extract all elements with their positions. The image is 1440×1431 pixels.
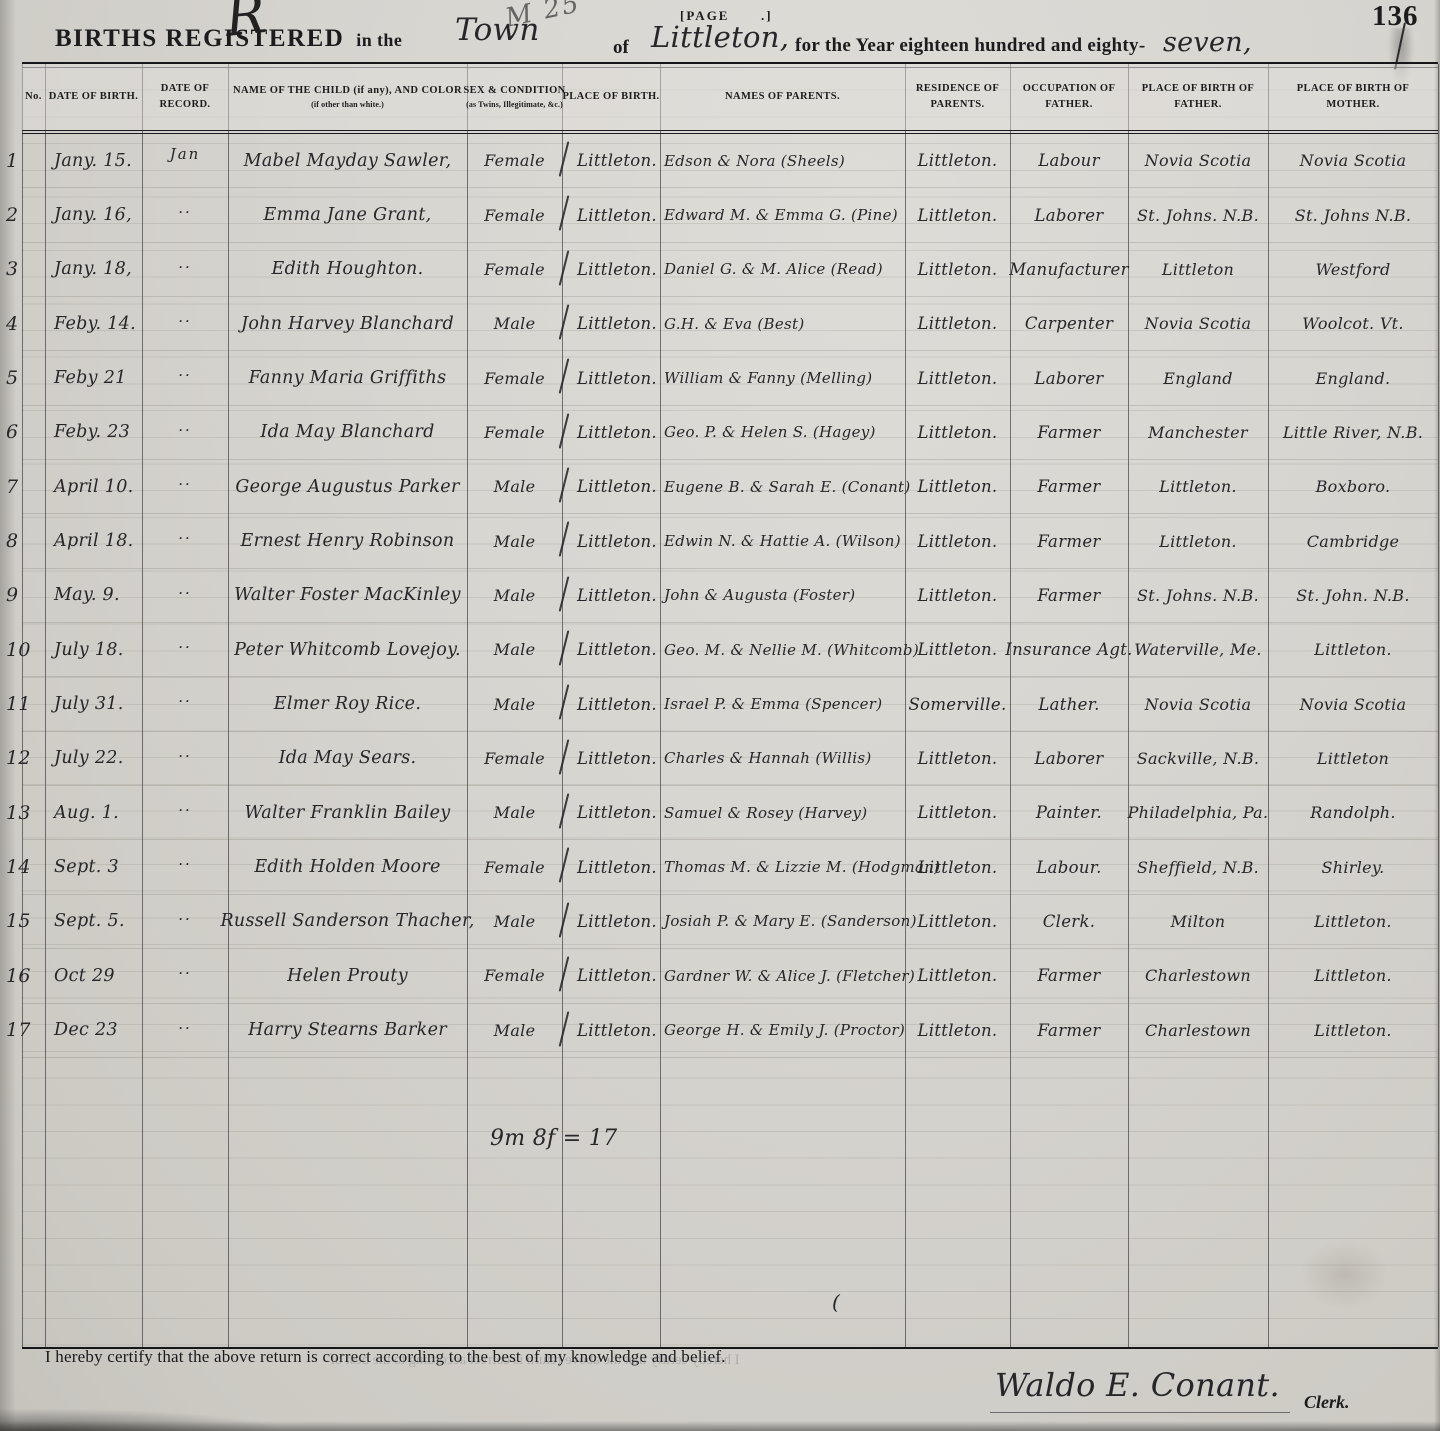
cell-sex: Male bbox=[467, 514, 562, 567]
cell-occupation: Laborer bbox=[1010, 732, 1128, 785]
cell-mother-birthplace: England. bbox=[1268, 351, 1438, 404]
cell-text: .. bbox=[178, 797, 192, 815]
cell-text: Charlestown bbox=[1145, 966, 1251, 985]
cell-no: 5 bbox=[22, 351, 45, 404]
cell-mother-birthplace: Littleton. bbox=[1268, 1004, 1438, 1057]
cell-text: Female bbox=[484, 206, 545, 225]
cell-text: .. bbox=[178, 743, 192, 761]
cell-no: 2 bbox=[22, 188, 45, 241]
cell-text: Feby 21 bbox=[54, 368, 127, 388]
table-row: 10July 18...Peter Whitcomb Lovejoy.MaleL… bbox=[22, 623, 1438, 677]
cell-sex: Female bbox=[467, 732, 562, 785]
cell-mother-birthplace: Westford bbox=[1268, 243, 1438, 296]
cell-no: 15 bbox=[22, 895, 45, 948]
cell-mother-birthplace: Randolph. bbox=[1268, 786, 1438, 839]
cell-date-of-record: .. bbox=[142, 895, 228, 948]
cell-text: Walter Franklin Bailey bbox=[245, 803, 451, 823]
cell-place-of-birth: Littleton. bbox=[562, 840, 660, 893]
cell-text: Philadelphia, Pa. bbox=[1128, 803, 1269, 822]
cell-parents: Eugene B. & Sarah E. (Conant) bbox=[660, 460, 905, 513]
cell-name: Mabel Mayday Sawler, bbox=[228, 134, 467, 187]
cell-text: July 22. bbox=[54, 748, 124, 768]
column-header-label: DATE OF bbox=[161, 81, 209, 97]
cell-text: Littleton. bbox=[918, 1021, 998, 1040]
cell-text: April 18. bbox=[54, 531, 134, 551]
cell-sex: Male bbox=[467, 895, 562, 948]
cell-place-of-birth: Littleton. bbox=[562, 732, 660, 785]
cell-name: Emma Jane Grant, bbox=[228, 188, 467, 241]
table-row: 4Feby. 14...John Harvey BlanchardMaleLit… bbox=[22, 297, 1438, 351]
cell-text: Novia Scotia bbox=[1145, 314, 1252, 333]
cell-sex: Male bbox=[467, 677, 562, 730]
cell-father-birthplace: Waterville, Me. bbox=[1128, 623, 1268, 676]
cell-no: 1 bbox=[22, 134, 45, 187]
cell-occupation: Insurance Agt. bbox=[1010, 623, 1128, 676]
cell-date-of-birth: Feby. 23 bbox=[45, 406, 142, 459]
cell-text: Littleton. bbox=[577, 369, 657, 388]
cell-sex: Male bbox=[467, 623, 562, 676]
cell-text: Female bbox=[484, 858, 545, 877]
cell-parents: G.H. & Eva (Best) bbox=[660, 297, 905, 350]
cell-sex: Male bbox=[467, 460, 562, 513]
column-header-label: (if other than white.) bbox=[311, 99, 384, 111]
cell-father-birthplace: Novia Scotia bbox=[1128, 677, 1268, 730]
column-header-label: PARENTS. bbox=[930, 97, 984, 113]
cell-text: .. bbox=[178, 688, 192, 706]
table-row: 8April 18...Ernest Henry RobinsonMaleLit… bbox=[22, 514, 1438, 568]
cell-occupation: Farmer bbox=[1010, 1004, 1128, 1057]
title-year-printed: for the Year eighteen hundred and eighty… bbox=[795, 35, 1145, 57]
column-header-label: NAMES OF PARENTS. bbox=[725, 89, 840, 105]
column-header-date-of-record: DATE OFRECORD. bbox=[142, 64, 228, 130]
cell-parents: George H. & Emily J. (Proctor) bbox=[660, 1004, 905, 1057]
column-header-date-of-birth: DATE OF BIRTH. bbox=[45, 64, 142, 130]
cell-text: Samuel & Rosey (Harvey) bbox=[664, 804, 867, 822]
cell-name: George Augustus Parker bbox=[228, 460, 467, 513]
column-header-label: RECORD. bbox=[160, 97, 211, 113]
cell-text: Littleton. bbox=[577, 803, 657, 822]
scan-right-edge bbox=[1434, 0, 1440, 1431]
cell-mother-birthplace: Woolcot. Vt. bbox=[1268, 297, 1438, 350]
cell-text: Aug. 1. bbox=[54, 803, 119, 823]
cell-father-birthplace: Charlestown bbox=[1128, 1004, 1268, 1057]
cell-place-of-birth: Littleton. bbox=[562, 460, 660, 513]
cell-residence: Littleton. bbox=[905, 406, 1010, 459]
cell-text: Milton bbox=[1171, 912, 1226, 931]
cell-residence: Littleton. bbox=[905, 297, 1010, 350]
cell-name: Ida May Sears. bbox=[228, 732, 467, 785]
births-table: No.DATE OF BIRTH.DATE OFRECORD.NAME OF T… bbox=[22, 62, 1438, 1349]
cell-text: April 10. bbox=[54, 477, 134, 497]
cell-date-of-birth: Aug. 1. bbox=[45, 786, 142, 839]
cell-mother-birthplace: Littleton. bbox=[1268, 623, 1438, 676]
cell-text: Male bbox=[494, 640, 536, 659]
cell-text: Helen Prouty bbox=[287, 966, 408, 986]
cell-parents: William & Fanny (Melling) bbox=[660, 351, 905, 404]
cell-text: Painter. bbox=[1036, 803, 1102, 822]
cell-parents: Edson & Nora (Sheels) bbox=[660, 134, 905, 187]
cell-date-of-record: .. bbox=[142, 351, 228, 404]
cell-residence: Littleton. bbox=[905, 623, 1010, 676]
cell-text: England bbox=[1163, 369, 1233, 388]
cell-text: Male bbox=[494, 912, 536, 931]
cell-text: Female bbox=[484, 423, 545, 442]
table-row: 12July 22...Ida May Sears.FemaleLittleto… bbox=[22, 732, 1438, 786]
cell-text: Cambridge bbox=[1307, 532, 1400, 551]
cell-text: Jany. 16, bbox=[54, 205, 132, 225]
cell-date-of-record: .. bbox=[142, 1004, 228, 1057]
cell-text: St. Johns N.B. bbox=[1295, 206, 1412, 225]
cell-residence: Littleton. bbox=[905, 134, 1010, 187]
cell-name: John Harvey Blanchard bbox=[228, 297, 467, 350]
cell-text: Male bbox=[494, 477, 536, 496]
cell-date-of-birth: Sept. 5. bbox=[45, 895, 142, 948]
cell-text: .. bbox=[178, 906, 192, 924]
cell-text: Fanny Maria Griffiths bbox=[249, 368, 447, 388]
column-header-no: No. bbox=[22, 64, 45, 130]
cell-text: Edith Holden Moore bbox=[254, 857, 440, 877]
cell-parents: Geo. P. & Helen S. (Hagey) bbox=[660, 406, 905, 459]
cell-father-birthplace: Philadelphia, Pa. bbox=[1128, 786, 1268, 839]
cell-text: Littleton. bbox=[918, 477, 998, 496]
cell-text: St. John. N.B. bbox=[1296, 586, 1410, 605]
cell-date-of-birth: Feby. 14. bbox=[45, 297, 142, 350]
cell-no: 12 bbox=[22, 732, 45, 785]
cell-occupation: Farmer bbox=[1010, 406, 1128, 459]
cell-date-of-birth: Oct 29 bbox=[45, 949, 142, 1002]
cell-father-birthplace: Littleton bbox=[1128, 243, 1268, 296]
cell-text: Littleton. bbox=[1314, 640, 1392, 659]
cell-occupation: Manufacturer bbox=[1010, 243, 1128, 296]
cell-text: Lather. bbox=[1038, 695, 1099, 714]
cell-text: Israel P. & Emma (Spencer) bbox=[664, 695, 882, 713]
cell-text: Littleton. bbox=[918, 749, 998, 768]
cell-place-of-birth: Littleton. bbox=[562, 351, 660, 404]
handwritten-year-suffix: seven, bbox=[1163, 27, 1252, 58]
title-main: BIRTHS REGISTERED bbox=[55, 25, 344, 52]
cell-father-birthplace: Littleton. bbox=[1128, 514, 1268, 567]
cell-occupation: Lather. bbox=[1010, 677, 1128, 730]
cell-residence: Littleton. bbox=[905, 840, 1010, 893]
cell-text: Edwin N. & Hattie A. (Wilson) bbox=[664, 532, 901, 550]
cell-text: Male bbox=[494, 1021, 536, 1040]
cell-name: Walter Foster MacKinley bbox=[228, 569, 467, 622]
cell-text: Littleton. bbox=[577, 966, 657, 985]
cell-residence: Littleton. bbox=[905, 514, 1010, 567]
cell-text: Jany. 18, bbox=[54, 259, 132, 279]
cell-text: .. bbox=[178, 254, 192, 272]
cell-text: Farmer bbox=[1037, 1021, 1100, 1040]
cell-text: Little River, N.B. bbox=[1283, 423, 1423, 442]
cell-date-of-record: .. bbox=[142, 188, 228, 241]
column-header-label: SEX & CONDITION bbox=[463, 83, 565, 99]
cell-name: Harry Stearns Barker bbox=[228, 1004, 467, 1057]
cell-no: 13 bbox=[22, 786, 45, 839]
cell-place-of-birth: Littleton. bbox=[562, 243, 660, 296]
cell-text: Male bbox=[494, 695, 536, 714]
table-body: 1Jany. 15.JanMabel Mayday Sawler,FemaleL… bbox=[22, 134, 1438, 1058]
cell-mother-birthplace: Boxboro. bbox=[1268, 460, 1438, 513]
cell-text: Littleton. bbox=[577, 695, 657, 714]
cell-text: Labour bbox=[1038, 151, 1100, 170]
cell-text: Josiah P. & Mary E. (Sanderson) bbox=[664, 912, 917, 930]
cell-text: Edson & Nora (Sheels) bbox=[664, 152, 845, 170]
cell-occupation: Laborer bbox=[1010, 188, 1128, 241]
scan-corner-smudge bbox=[0, 1409, 280, 1431]
handwritten-town-name: Littleton, bbox=[651, 20, 789, 54]
cell-text: .. bbox=[178, 308, 192, 326]
cell-text: Littleton. bbox=[918, 912, 998, 931]
cell-date-of-birth: Jany. 16, bbox=[45, 188, 142, 241]
cell-text: Thomas M. & Lizzie M. (Hodgman) bbox=[664, 858, 940, 876]
cell-text: Randolph. bbox=[1310, 803, 1396, 822]
cell-date-of-record: .. bbox=[142, 623, 228, 676]
cell-text: .. bbox=[178, 960, 192, 978]
column-header-label: MOTHER. bbox=[1326, 97, 1379, 113]
cell-text: Novia Scotia bbox=[1145, 151, 1252, 170]
cell-residence: Littleton. bbox=[905, 949, 1010, 1002]
cell-place-of-birth: Littleton. bbox=[562, 406, 660, 459]
cell-mother-birthplace: Littleton bbox=[1268, 732, 1438, 785]
cell-place-of-birth: Littleton. bbox=[562, 297, 660, 350]
cell-occupation: Laborer bbox=[1010, 351, 1128, 404]
cell-text: Farmer bbox=[1037, 423, 1100, 442]
cell-date-of-record: .. bbox=[142, 949, 228, 1002]
cell-parents: Daniel G. & M. Alice (Read) bbox=[660, 243, 905, 296]
cell-text: Laborer bbox=[1035, 206, 1104, 225]
cell-text: Littleton. bbox=[918, 586, 998, 605]
cell-text: Littleton. bbox=[577, 151, 657, 170]
signature-line bbox=[990, 1412, 1290, 1413]
cell-date-of-birth: Dec 23 bbox=[45, 1004, 142, 1057]
table-row: 1Jany. 15.JanMabel Mayday Sawler,FemaleL… bbox=[22, 134, 1438, 188]
cell-text: .. bbox=[178, 851, 192, 869]
cell-text: John Harvey Blanchard bbox=[241, 314, 454, 334]
column-header-label: NAME OF THE CHILD (if any), AND COLOR bbox=[233, 83, 462, 99]
cell-occupation: Labour. bbox=[1010, 840, 1128, 893]
cell-name: Ida May Blanchard bbox=[228, 406, 467, 459]
tally-annotation: 9m 8f = 17 bbox=[490, 1126, 617, 1151]
title-of: of bbox=[613, 37, 629, 59]
column-header-mother-birthplace: PLACE OF BIRTH OFMOTHER. bbox=[1268, 64, 1438, 130]
cell-text: Eugene B. & Sarah E. (Conant) bbox=[664, 478, 911, 496]
cell-text: Labour. bbox=[1036, 858, 1101, 877]
cell-text: Daniel G. & M. Alice (Read) bbox=[664, 260, 883, 278]
cell-text: Littleton. bbox=[1314, 966, 1392, 985]
cell-text: Littleton. bbox=[918, 966, 998, 985]
cell-text: Novia Scotia bbox=[1300, 695, 1407, 714]
cell-text: Female bbox=[484, 260, 545, 279]
cell-sex: Female bbox=[467, 188, 562, 241]
cell-no: 8 bbox=[22, 514, 45, 567]
cell-mother-birthplace: Littleton. bbox=[1268, 949, 1438, 1002]
cell-text: July 31. bbox=[54, 694, 124, 714]
cell-text: Littleton. bbox=[1159, 477, 1237, 496]
page-title: BIRTHS REGISTEREDin the bbox=[55, 25, 402, 53]
cell-date-of-record: .. bbox=[142, 297, 228, 350]
cell-text: Littleton. bbox=[918, 423, 998, 442]
cell-sex: Male bbox=[467, 569, 562, 622]
cell-text: Littleton. bbox=[918, 206, 998, 225]
cell-place-of-birth: Littleton. bbox=[562, 134, 660, 187]
cell-residence: Somerville. bbox=[905, 677, 1010, 730]
column-header-residence: RESIDENCE OFPARENTS. bbox=[905, 64, 1010, 130]
cell-residence: Littleton. bbox=[905, 732, 1010, 785]
column-header-label: DATE OF BIRTH. bbox=[49, 89, 139, 105]
cell-name: Ernest Henry Robinson bbox=[228, 514, 467, 567]
cell-text: Jany. 15. bbox=[54, 151, 132, 171]
cell-mother-birthplace: Cambridge bbox=[1268, 514, 1438, 567]
cell-text: Male bbox=[494, 803, 536, 822]
table-row: 5Feby 21..Fanny Maria GriffithsFemaleLit… bbox=[22, 351, 1438, 405]
cell-father-birthplace: Littleton. bbox=[1128, 460, 1268, 513]
table-row: 13Aug. 1...Walter Franklin BaileyMaleLit… bbox=[22, 786, 1438, 840]
cell-text: Waterville, Me. bbox=[1134, 640, 1262, 659]
cell-name: Helen Prouty bbox=[228, 949, 467, 1002]
cell-place-of-birth: Littleton. bbox=[562, 677, 660, 730]
cell-sex: Male bbox=[467, 297, 562, 350]
table-row: 11July 31...Elmer Roy Rice.MaleLittleton… bbox=[22, 677, 1438, 731]
cell-father-birthplace: Milton bbox=[1128, 895, 1268, 948]
cell-place-of-birth: Littleton. bbox=[562, 514, 660, 567]
cell-text: .. bbox=[178, 199, 192, 217]
cell-text: Novia Scotia bbox=[1145, 695, 1252, 714]
cell-text: .. bbox=[178, 471, 192, 489]
cell-text: Laborer bbox=[1035, 369, 1104, 388]
cell-parents: Geo. M. & Nellie M. (Whitcomb) bbox=[660, 623, 905, 676]
cell-text: Littleton. bbox=[918, 532, 998, 551]
cell-text: Dec 23 bbox=[54, 1020, 118, 1040]
cell-place-of-birth: Littleton. bbox=[562, 895, 660, 948]
cell-text: Feby. 23 bbox=[54, 422, 130, 442]
cell-date-of-record: .. bbox=[142, 732, 228, 785]
cell-text: Laborer bbox=[1035, 749, 1104, 768]
cell-residence: Littleton. bbox=[905, 895, 1010, 948]
cell-father-birthplace: Sheffield, N.B. bbox=[1128, 840, 1268, 893]
cell-text: Farmer bbox=[1037, 586, 1100, 605]
cell-date-of-record: .. bbox=[142, 514, 228, 567]
cell-sex: Female bbox=[467, 243, 562, 296]
cell-no: 9 bbox=[22, 569, 45, 622]
cell-occupation: Carpenter bbox=[1010, 297, 1128, 350]
column-header-label: OCCUPATION OF bbox=[1023, 81, 1116, 97]
cell-text: Sept. 5. bbox=[54, 911, 125, 931]
cell-text: Edith Houghton. bbox=[272, 259, 424, 279]
cell-mother-birthplace: St. Johns N.B. bbox=[1268, 188, 1438, 241]
cell-no: 3 bbox=[22, 243, 45, 296]
cell-date-of-birth: May. 9. bbox=[45, 569, 142, 622]
cell-date-of-record: .. bbox=[142, 840, 228, 893]
table-row: 15Sept. 5...Russell Sanderson Thacher,Ma… bbox=[22, 895, 1438, 949]
cell-text: St. Johns. N.B. bbox=[1137, 586, 1259, 605]
table-row: 17Dec 23..Harry Stearns BarkerMaleLittle… bbox=[22, 1004, 1438, 1058]
cell-no: 14 bbox=[22, 840, 45, 893]
cell-text: Edward M. & Emma G. (Pine) bbox=[664, 206, 898, 224]
cell-text: .. bbox=[178, 525, 192, 543]
paper-blot bbox=[1300, 1240, 1390, 1310]
cell-text: Littleton. bbox=[918, 858, 998, 877]
cell-text: Boxboro. bbox=[1316, 477, 1391, 496]
cell-text: Female bbox=[484, 369, 545, 388]
cell-text: Farmer bbox=[1037, 966, 1100, 985]
table-row: 9May. 9...Walter Foster MacKinleyMaleLit… bbox=[22, 569, 1438, 623]
column-header-label: PLACE OF BIRTH OF bbox=[1297, 81, 1410, 97]
cell-text: Ida May Blanchard bbox=[260, 422, 434, 442]
cell-residence: Littleton. bbox=[905, 188, 1010, 241]
cell-text: Littleton. bbox=[577, 912, 657, 931]
cell-mother-birthplace: St. John. N.B. bbox=[1268, 569, 1438, 622]
table-row: 3Jany. 18,..Edith Houghton.FemaleLittlet… bbox=[22, 243, 1438, 297]
cell-text: Littleton. bbox=[1159, 532, 1237, 551]
cell-text: Jan bbox=[170, 145, 201, 163]
cell-residence: Littleton. bbox=[905, 786, 1010, 839]
cell-text: St. Johns. N.B. bbox=[1137, 206, 1259, 225]
cell-mother-birthplace: Novia Scotia bbox=[1268, 677, 1438, 730]
cell-name: Fanny Maria Griffiths bbox=[228, 351, 467, 404]
handwritten-jurisdiction-type: Town bbox=[455, 12, 540, 48]
cell-date-of-record: .. bbox=[142, 677, 228, 730]
cell-name: Walter Franklin Bailey bbox=[228, 786, 467, 839]
cell-place-of-birth: Littleton. bbox=[562, 949, 660, 1002]
cell-text: Walter Foster MacKinley bbox=[234, 585, 461, 605]
cell-text: Female bbox=[484, 749, 545, 768]
cell-text: .. bbox=[178, 362, 192, 380]
clerk-signature: Waldo E. Conant. bbox=[995, 1366, 1280, 1404]
cell-text: Littleton. bbox=[918, 803, 998, 822]
cell-mother-birthplace: Novia Scotia bbox=[1268, 134, 1438, 187]
cell-text: Elmer Roy Rice. bbox=[274, 694, 421, 714]
cell-text: Farmer bbox=[1037, 532, 1100, 551]
table-row: 16Oct 29..Helen ProutyFemaleLittleton.Ga… bbox=[22, 949, 1438, 1003]
cell-text: Littleton. bbox=[577, 532, 657, 551]
cell-no: 7 bbox=[22, 460, 45, 513]
cell-name: Edith Holden Moore bbox=[228, 840, 467, 893]
cell-mother-birthplace: Little River, N.B. bbox=[1268, 406, 1438, 459]
column-header-label: FATHER. bbox=[1045, 97, 1093, 113]
cell-text: Geo. P. & Helen S. (Hagey) bbox=[664, 423, 876, 441]
cell-occupation: Farmer bbox=[1010, 460, 1128, 513]
cell-parents: Edwin N. & Hattie A. (Wilson) bbox=[660, 514, 905, 567]
column-header-father-birthplace: PLACE OF BIRTH OFFATHER. bbox=[1128, 64, 1268, 130]
cell-text: Littleton. bbox=[577, 423, 657, 442]
cell-text: England. bbox=[1316, 369, 1391, 388]
cell-text: William & Fanny (Melling) bbox=[664, 369, 872, 387]
cell-text: Littleton. bbox=[918, 260, 998, 279]
cell-sex: Female bbox=[467, 840, 562, 893]
cell-text: Littleton. bbox=[577, 586, 657, 605]
cell-place-of-birth: Littleton. bbox=[562, 786, 660, 839]
cell-text: Clerk. bbox=[1043, 912, 1096, 931]
cell-place-of-birth: Littleton. bbox=[562, 188, 660, 241]
cell-text: Littleton. bbox=[918, 314, 998, 333]
cell-date-of-record: .. bbox=[142, 786, 228, 839]
cell-text: Littleton bbox=[1162, 260, 1234, 279]
cell-date-of-birth: Jany. 18, bbox=[45, 243, 142, 296]
cell-text: .. bbox=[178, 634, 192, 652]
cell-residence: Littleton. bbox=[905, 460, 1010, 513]
cell-parents: Charles & Hannah (Willis) bbox=[660, 732, 905, 785]
cell-sex: Female bbox=[467, 134, 562, 187]
column-header-label: FATHER. bbox=[1174, 97, 1222, 113]
cell-text: Littleton. bbox=[1314, 1021, 1392, 1040]
cell-date-of-record: .. bbox=[142, 460, 228, 513]
cell-place-of-birth: Littleton. bbox=[562, 1004, 660, 1057]
cell-text: Female bbox=[484, 966, 545, 985]
cell-no: 16 bbox=[22, 949, 45, 1002]
cell-text: Littleton. bbox=[577, 1021, 657, 1040]
cell-text: Littleton. bbox=[577, 314, 657, 333]
cell-place-of-birth: Littleton. bbox=[562, 623, 660, 676]
